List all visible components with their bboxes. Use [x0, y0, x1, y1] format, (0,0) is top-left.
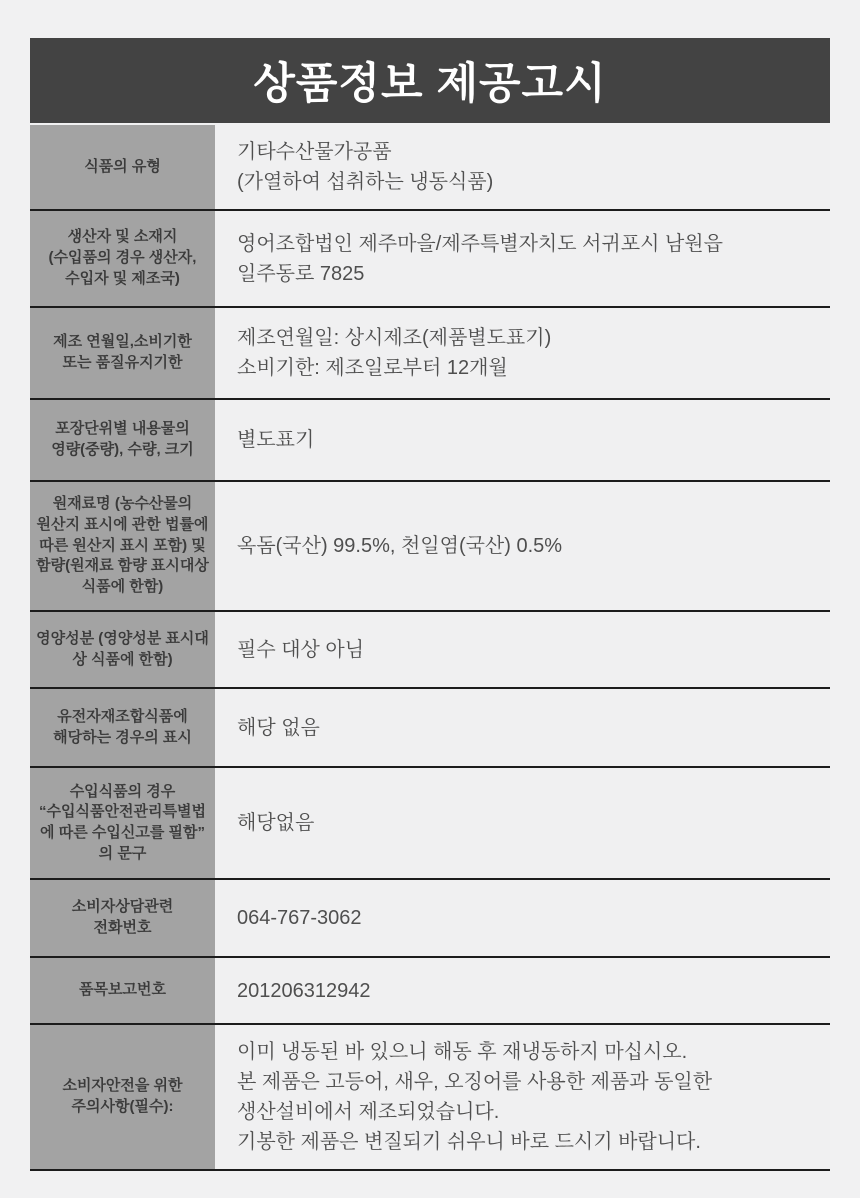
row-value: 기타수산물가공품 (가열하여 섭취하는 냉동식품) — [215, 125, 830, 209]
table-row-package-contents: 포장단위별 내용물의 영량(중량), 수량, 크기 별도표기 — [30, 400, 830, 482]
row-label: 소비자안전을 위한 주의사항(필수): — [30, 1025, 215, 1169]
table-title-bar: 상품정보 제공고시 — [30, 38, 830, 123]
row-value: 영어조합법인 제주마을/제주특별자치도 서귀포시 남원읍 일주동로 7825 — [215, 211, 830, 306]
row-value: 201206312942 — [215, 958, 830, 1023]
product-info-page: 상품정보 제공고시 식품의 유형 기타수산물가공품 (가열하여 섭취하는 냉동식… — [0, 0, 860, 1198]
row-label: 식품의 유형 — [30, 125, 215, 209]
row-label: 생산자 및 소재지 (수입품의 경우 생산자, 수입자 및 제조국) — [30, 211, 215, 306]
row-value: 064-767-3062 — [215, 880, 830, 956]
row-label: 소비자상담관련 전화번호 — [30, 880, 215, 956]
row-label: 수입식품의 경우 “수입식품안전관리특별법 에 따른 수입신고를 필함” 의 문… — [30, 768, 215, 878]
table-row-food-type: 식품의 유형 기타수산물가공품 (가열하여 섭취하는 냉동식품) — [30, 125, 830, 211]
product-info-table: 상품정보 제공고시 식품의 유형 기타수산물가공품 (가열하여 섭취하는 냉동식… — [30, 38, 830, 1171]
table-row-nutrition: 영양성분 (영양성분 표시대 상 식품에 한함) 필수 대상 아님 — [30, 612, 830, 689]
row-value: 이미 냉동된 바 있으니 해동 후 재냉동하지 마십시오. 본 제품은 고등어,… — [215, 1025, 830, 1169]
table-row-item-report-number: 품목보고번호 201206312942 — [30, 958, 830, 1025]
table-row-manufacture-date: 제조 연월일,소비기한 또는 품질유지기한 제조연월일: 상시제조(제품별도표기… — [30, 308, 830, 400]
table-rows: 식품의 유형 기타수산물가공품 (가열하여 섭취하는 냉동식품) 생산자 및 소… — [30, 125, 830, 1171]
row-label: 제조 연월일,소비기한 또는 품질유지기한 — [30, 308, 215, 398]
row-label: 포장단위별 내용물의 영량(중량), 수량, 크기 — [30, 400, 215, 480]
table-row-import-notice: 수입식품의 경우 “수입식품안전관리특별법 에 따른 수입신고를 필함” 의 문… — [30, 768, 830, 880]
row-label: 유전자재조합식품에 해당하는 경우의 표시 — [30, 689, 215, 766]
row-value: 해당 없음 — [215, 689, 830, 766]
row-label: 품목보고번호 — [30, 958, 215, 1023]
row-label: 원재료명 (농수산물의 원산지 표시에 관한 법률에 따른 원산지 표시 포함)… — [30, 482, 215, 610]
row-value: 옥돔(국산) 99.5%, 천일염(국산) 0.5% — [215, 482, 830, 610]
row-label: 영양성분 (영양성분 표시대 상 식품에 한함) — [30, 612, 215, 687]
table-row-producer-location: 생산자 및 소재지 (수입품의 경우 생산자, 수입자 및 제조국) 영어조합법… — [30, 211, 830, 308]
table-row-gmo: 유전자재조합식품에 해당하는 경우의 표시 해당 없음 — [30, 689, 830, 768]
table-row-ingredients: 원재료명 (농수산물의 원산지 표시에 관한 법률에 따른 원산지 표시 포함)… — [30, 482, 830, 612]
row-value: 별도표기 — [215, 400, 830, 480]
row-value: 필수 대상 아님 — [215, 612, 830, 687]
row-value: 해당없음 — [215, 768, 830, 878]
table-row-customer-phone: 소비자상담관련 전화번호 064-767-3062 — [30, 880, 830, 958]
page-title: 상품정보 제공고시 — [253, 50, 606, 111]
table-row-safety-warning: 소비자안전을 위한 주의사항(필수): 이미 냉동된 바 있으니 해동 후 재냉… — [30, 1025, 830, 1171]
row-value: 제조연월일: 상시제조(제품별도표기) 소비기한: 제조일로부터 12개월 — [215, 308, 830, 398]
